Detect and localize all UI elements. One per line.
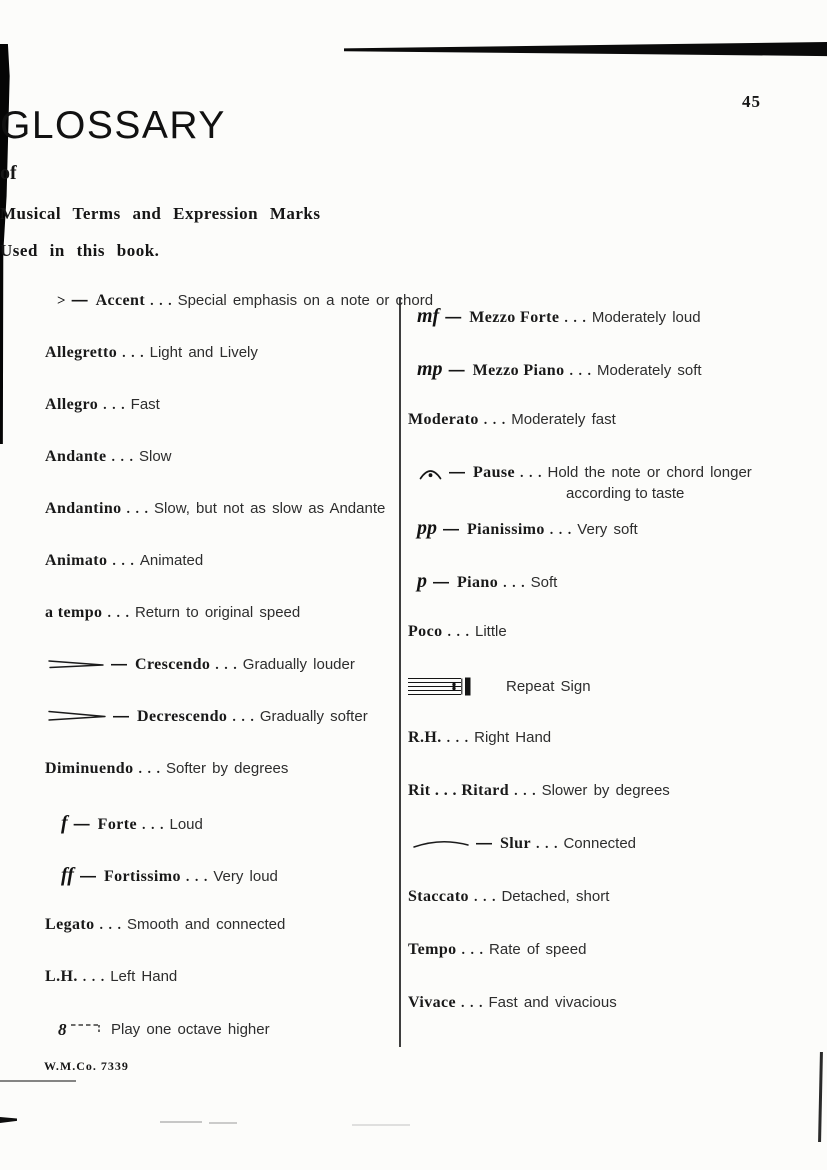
term-label: Piano <box>457 574 498 591</box>
definition-text: Moderately loud <box>592 309 701 326</box>
dash-separator: — <box>433 574 449 591</box>
dynamic-ff-icon: ff <box>61 864 74 886</box>
glossary-entry: Repeat Sign <box>408 676 818 729</box>
dash-separator: — <box>72 292 88 309</box>
glossary-right-column: mf—Mezzo Forte. . .Moderately loudmp—Mez… <box>408 305 818 1047</box>
definition-text: Loud <box>169 816 202 833</box>
glossary-entry: Legato. . .Smooth and connected <box>45 916 397 968</box>
definition-text: Right Hand <box>474 729 551 746</box>
glossary-entry: —Decrescendo. . .Gradually softer <box>45 708 397 760</box>
dash-separator: — <box>449 464 465 481</box>
dots-separator: . . . <box>103 398 126 413</box>
definition-text: Very soft <box>577 521 637 538</box>
repeat-sign-icon <box>408 676 472 697</box>
term-label: Staccato <box>408 888 469 905</box>
definition-text: Light and Lively <box>150 344 258 361</box>
term-label: Pianissimo <box>467 521 545 538</box>
definition-text: Hold the note or chord longer <box>548 464 752 481</box>
definition-text: Soft <box>531 574 558 591</box>
dots-separator: . . . <box>83 970 106 985</box>
glossary-entry: L.H.. . .Left Hand <box>45 968 397 1020</box>
term-label: Accent <box>96 292 146 309</box>
term-label: Moderato <box>408 411 479 428</box>
glossary-entry: Vivace. . .Fast and vivacious <box>408 994 818 1047</box>
definition-text: Moderately soft <box>597 362 702 379</box>
glossary-entry: Andantino. . .Slow, but not as slow as A… <box>45 500 397 552</box>
term-label: R.H. <box>408 729 442 746</box>
dots-separator: . . . <box>461 996 484 1011</box>
dynamic-p-icon: p <box>417 570 427 592</box>
glossary-entry: p—Piano. . .Soft <box>408 570 818 623</box>
dots-separator: . . . <box>112 554 135 569</box>
definition-text: Left Hand <box>110 968 177 985</box>
decrescendo-hairpin-icon <box>47 708 107 726</box>
term-label: Andante <box>45 448 106 465</box>
glossary-entry: a tempo. . .Return to original speed <box>45 604 397 656</box>
glossary-entry: Animato. . .Animated <box>45 552 397 604</box>
term-label: Allegretto <box>45 344 117 361</box>
dots-separator: . . . <box>462 943 485 958</box>
dots-separator: . . . <box>142 818 165 833</box>
term-label: Legato <box>45 916 95 933</box>
definition-text: Play one octave higher <box>111 1021 270 1038</box>
svg-text:8: 8 <box>58 1020 67 1039</box>
definition-text: Repeat Sign <box>506 678 591 695</box>
definition-text: Slower by degrees <box>542 782 670 799</box>
dash-separator: — <box>113 708 129 725</box>
dots-separator: . . . <box>564 311 587 326</box>
definition-line2: according to taste <box>566 485 818 502</box>
scan-artifact-bottom-left <box>0 1116 17 1123</box>
term-label: Tempo <box>408 941 457 958</box>
term-label: Poco <box>408 623 442 640</box>
ottava-icon: 8 <box>57 1020 105 1039</box>
dots-separator: . . . <box>111 450 134 465</box>
term-label: Fortissimo <box>104 868 181 885</box>
subtitle-used-in-book: Used in this book. <box>0 241 827 261</box>
dots-separator: . . . <box>150 294 173 309</box>
scan-artifact-bottom-strip <box>0 1080 76 1082</box>
scan-artifact-right-edge <box>818 1052 822 1142</box>
dots-separator: . . . <box>127 502 150 517</box>
dash-separator: — <box>445 309 461 326</box>
definition-text: Smooth and connected <box>127 916 285 933</box>
glossary-entry: Staccato. . .Detached, short <box>408 888 818 941</box>
dots-separator: . . . <box>215 658 238 673</box>
glossary-entry: pp—Pianissimo. . .Very soft <box>408 517 818 570</box>
definition-text: Slow <box>139 448 172 465</box>
glossary-entry: Tempo. . .Rate of speed <box>408 941 818 994</box>
dots-separator: . . . <box>474 890 497 905</box>
slur-icon <box>412 835 470 853</box>
glossary-entry: Poco. . .Little <box>408 623 818 676</box>
footer-plate-number: W.M.Co. 7339 <box>44 1059 129 1074</box>
term-label: Diminuendo <box>45 760 133 777</box>
dynamic-pp-icon: pp <box>417 517 437 539</box>
scan-artifact-faint-mark <box>160 1121 202 1123</box>
glossary-left-column: >—Accent. . .Special emphasis on a note … <box>45 292 397 1072</box>
term-label: Mezzo Forte <box>469 309 559 326</box>
glossary-entry: Andante. . .Slow <box>45 448 397 500</box>
glossary-entry: —Slur. . .Connected <box>408 835 818 888</box>
definition-text: Connected <box>563 835 636 852</box>
definition-text: Gradually louder <box>243 656 355 673</box>
scan-artifact-faint-mark <box>352 1124 410 1126</box>
term-label: Animato <box>45 552 107 569</box>
term-label: a tempo <box>45 604 102 621</box>
glossary-entry: ff—Fortissimo. . .Very loud <box>45 864 397 916</box>
glossary-entry: Diminuendo. . .Softer by degrees <box>45 760 397 812</box>
scanned-glossary-page: 45 GLOSSARY of Musical Terms and Express… <box>0 0 827 1170</box>
term-label: Allegro <box>45 396 98 413</box>
dots-separator: . . . <box>570 364 593 379</box>
dots-separator: . . . <box>232 710 255 725</box>
definition-text: Return to original speed <box>135 604 300 621</box>
term-label: Decrescendo <box>137 708 227 725</box>
dash-separator: — <box>111 656 127 673</box>
fermata-icon <box>418 464 443 482</box>
glossary-entry: —Pause. . .Hold the note or chord longer… <box>408 464 818 517</box>
dynamic-mf-icon: mf <box>417 305 439 327</box>
definition-text: Moderately fast <box>511 411 616 428</box>
term-label: Slur <box>500 835 531 852</box>
term-label: Rit . . . Ritard <box>408 782 509 799</box>
dash-separator: — <box>449 362 465 379</box>
dots-separator: . . . <box>122 346 145 361</box>
dots-separator: . . . <box>550 523 573 538</box>
term-label: L.H. <box>45 968 78 985</box>
definition-text: Slow, but not as slow as Andante <box>154 500 385 517</box>
definition-text: Animated <box>140 552 203 569</box>
term-label: Vivace <box>408 994 456 1011</box>
definition-text: Gradually softer <box>260 708 368 725</box>
definition-text: Fast and vivacious <box>489 994 617 1011</box>
dots-separator: . . . <box>447 731 470 746</box>
column-divider <box>399 298 401 1047</box>
glossary-entry: Allegretto. . .Light and Lively <box>45 344 397 396</box>
subtitle-of: of <box>0 162 827 185</box>
dots-separator: . . . <box>514 784 537 799</box>
dash-separator: — <box>74 816 90 833</box>
glossary-entry: f—Forte. . .Loud <box>45 812 397 864</box>
term-label: Andantino <box>45 500 122 517</box>
glossary-entry: —Crescendo. . .Gradually louder <box>45 656 397 708</box>
term-label: Pause <box>473 464 515 481</box>
glossary-entry: Allegro. . .Fast <box>45 396 397 448</box>
glossary-entry: mf—Mezzo Forte. . .Moderately loud <box>408 305 818 358</box>
term-label: Forte <box>98 816 137 833</box>
definition-text: Softer by degrees <box>166 760 288 777</box>
glossary-entry: Rit . . . Ritard. . .Slower by degrees <box>408 782 818 835</box>
definition-text: Little <box>475 623 507 640</box>
dots-separator: . . . <box>447 625 470 640</box>
definition-text: Fast <box>131 396 160 413</box>
subtitle-musical-terms: Musical Terms and Expression Marks <box>0 204 827 224</box>
dots-separator: . . . <box>186 870 209 885</box>
dash-separator: — <box>443 521 459 538</box>
dynamic-f-icon: f <box>61 812 68 834</box>
definition-text: Special emphasis on a note or chord <box>178 292 433 309</box>
dots-separator: . . . <box>536 837 559 852</box>
glossary-entry: Moderato. . .Moderately fast <box>408 411 818 464</box>
scan-artifact-faint-mark <box>209 1122 237 1124</box>
definition-text: Rate of speed <box>489 941 586 958</box>
crescendo-hairpin-icon <box>47 656 105 674</box>
dots-separator: . . . <box>100 918 123 933</box>
definition-text: Detached, short <box>501 888 609 905</box>
glossary-entry: R.H.. . .Right Hand <box>408 729 818 782</box>
scan-artifact-top-rule <box>344 42 827 58</box>
dynamic-mp-icon: mp <box>417 358 443 380</box>
term-label: Mezzo Piano <box>473 362 565 379</box>
dots-separator: . . . <box>484 413 507 428</box>
dots-separator: . . . <box>107 606 130 621</box>
dots-separator: . . . <box>520 466 543 481</box>
glossary-entry: >—Accent. . .Special emphasis on a note … <box>45 292 397 344</box>
definition-text: Very loud <box>213 868 278 885</box>
accent-icon: > <box>57 293 66 309</box>
dash-separator: — <box>476 835 492 852</box>
glossary-entry: mp—Mezzo Piano. . .Moderately soft <box>408 358 818 411</box>
dots-separator: . . . <box>503 576 526 591</box>
term-label: Crescendo <box>135 656 210 673</box>
dash-separator: — <box>80 868 96 885</box>
page-title: GLOSSARY <box>0 104 827 148</box>
dots-separator: . . . <box>138 762 161 777</box>
